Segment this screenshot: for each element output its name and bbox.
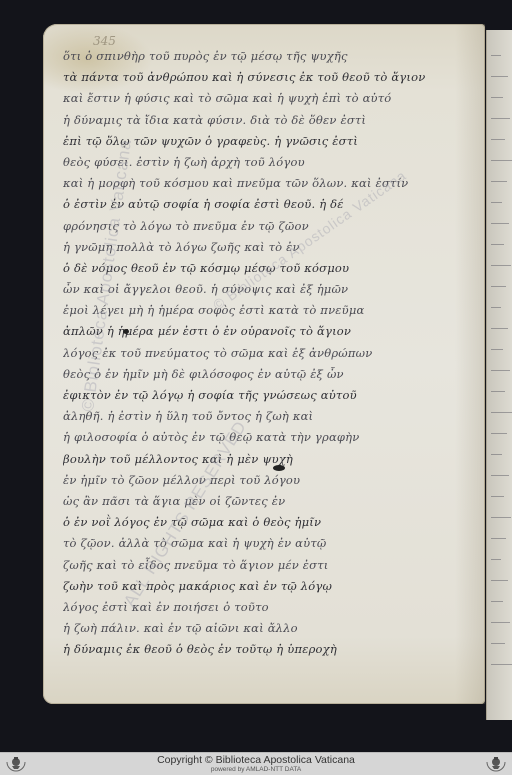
facing-page-line [491,349,503,350]
facing-page-line [491,55,501,56]
manuscript-line: ὁ ἐστὶν ἐν αὐτῷ σοφία ἡ σοφία ἐστὶ θεοῦ.… [63,194,468,215]
facing-page-line [491,223,509,224]
manuscript-line: φρόνησις τὸ λόγω τὸ πνεῦμα ἐν τῷ ζῶον [63,216,468,237]
manuscript-line: ὁ δὲ νόμος θεοῦ ἐν τῷ κόσμῳ μέσῳ τοῦ κόσ… [63,258,468,279]
manuscript-line: ἡ ζωὴ πάλιν. καὶ ἐν τῷ αἰῶνι καὶ ἄλλο [63,618,468,639]
facing-page-line [491,559,501,560]
facing-page-line [491,538,506,539]
facing-page-line [491,307,501,308]
facing-page-line [491,286,506,287]
manuscript-page: 345 ὅτι ὁ σπινθὴρ τοῦ πυρὸς ἐν τῷ μέσῳ τ… [43,24,485,704]
manuscript-line: ζωῆς καὶ τὸ εἶδος πνεῦμα τὸ ἅγιον μέν ἐσ… [63,555,468,576]
manuscript-line: τὰ πάντα τοῦ ἀνθρώπου καὶ ἡ σύνεσις ἐκ τ… [63,67,468,88]
manuscript-line: λόγος ἐκ τοῦ πνεύματος τὸ σῶμα καὶ ἐξ ἀν… [63,343,468,364]
facing-page-line [491,580,508,581]
manuscript-line: θεὸς φύσει. ἐστὶν ἡ ζωὴ ἀρχὴ τοῦ λόγου [63,152,468,173]
manuscript-line: ὡς ἂν πᾶσι τὰ ἅγια μὲν οἱ ζῶντες ἐν [63,491,468,512]
manuscript-line: ζωὴν τοῦ καὶ πρὸς μακάριος καὶ ἐν τῷ λόγ… [63,576,468,597]
facing-page-line [491,139,505,140]
facing-page-line [491,412,512,413]
manuscript-text: ὅτι ὁ σπινθὴρ τοῦ πυρὸς ἐν τῷ μέσῳ τῆς ψ… [63,46,468,660]
facing-page-line [491,328,508,329]
facing-page-line [491,76,508,77]
manuscript-line: ἐμοὶ λέγει μὴ ἡ ἡμέρα σοφὸς ἐστὶ κατὰ τὸ… [63,300,468,321]
manuscript-line: βουλὴν τοῦ μέλλοντος καὶ ἡ μὲν ψυχὴ [63,449,468,470]
ink-blot [123,329,129,334]
powered-by-text: powered by AMLAD-NTT DATA [0,766,512,773]
facing-page-line [491,622,510,623]
manuscript-line: ὅτι ὁ σπινθὴρ τοῦ πυρὸς ἐν τῷ μέσῳ τῆς ψ… [63,46,468,67]
ink-blot [273,465,285,471]
facing-page-line [491,496,504,497]
manuscript-line: ἡ γνῶμη πολλὰ τὸ λόγω ζωῆς καὶ τὸ ἐν [63,237,468,258]
facing-page-line [491,643,505,644]
manuscript-line: ἀληθῆ. ἡ ἐστὶν ἡ ὕλη τοῦ ὄντος ἡ ζωὴ καὶ [63,406,468,427]
facing-page-line [491,433,507,434]
facing-page-line [491,391,505,392]
facing-page-line [491,601,503,602]
manuscript-line: ἐν ἡμῖν τὸ ζῶον μέλλον περὶ τοῦ λόγου [63,470,468,491]
vatican-seal-icon [483,755,509,774]
manuscript-line: θεὸς ὁ ἐν ἡμῖν μὴ δὲ φιλόσοφος ἐν αὐτῷ ἐ… [63,364,468,385]
manuscript-line: ἡ δύναμις ἐκ θεοῦ ὁ θεὸς ἐν τοῦτῳ ἡ ὑπερ… [63,639,468,660]
facing-page-line [491,118,510,119]
manuscript-viewer[interactable]: 345 ὅτι ὁ σπινθὴρ τοῦ πυρὸς ἐν τῷ μέσῳ τ… [0,0,512,752]
facing-page-line [491,454,502,455]
manuscript-line: ὧν καὶ οἱ ἄγγελοι θεοῦ. ἡ σύνοψις καὶ ἐξ… [63,279,468,300]
facing-page-line [491,370,510,371]
manuscript-line: ἡ φιλοσοφία ὁ αὐτὸς ἐν τῷ θεῷ κατὰ τὴν γ… [63,427,468,448]
facing-page-line [491,202,502,203]
facing-page-line [491,97,503,98]
facing-page-line [491,664,512,665]
manuscript-line: ἡ δύναμις τὰ ἴδια κατὰ φύσιν. διὰ τὸ δὲ … [63,110,468,131]
facing-page-line [491,181,507,182]
copyright-footer: Copyright © Biblioteca Apostolica Vatica… [0,752,512,775]
facing-page-edge [486,30,512,720]
facing-page-line [491,244,504,245]
manuscript-line: λόγος ἐστὶ καὶ ἐν ποιήσει ὁ τοῦτο [63,597,468,618]
manuscript-line: τὸ ζῷον. ἀλλὰ τὸ σῶμα καὶ ἡ ψυχὴ ἐν αὐτῷ [63,533,468,554]
facing-page-line [491,475,509,476]
copyright-text: Copyright © Biblioteca Apostolica Vatica… [0,754,512,766]
manuscript-line: ὁ ἐν νοῒ λόγος ἐν τῷ σῶμα καὶ ὁ θεὸς ἡμῖ… [63,512,468,533]
facing-page-line [491,265,511,266]
manuscript-line: ἐφικτὸν ἐν τῷ λόγῳ ἡ σοφία τῆς γνώσεως α… [63,385,468,406]
manuscript-line: ἐπὶ τῷ ὅλῳ τῶν ψυχῶν ὁ γραφεὺς. ἡ γνῶσις… [63,131,468,152]
manuscript-line: καὶ ἡ μορφὴ τοῦ κόσμου καὶ πνεῦμα τῶν ὅλ… [63,173,468,194]
facing-page-line [491,517,511,518]
manuscript-line: καὶ ἔστιν ἡ φύσις καὶ τὸ σῶμα καὶ ἡ ψυχὴ… [63,88,468,109]
facing-page-line [491,160,512,161]
